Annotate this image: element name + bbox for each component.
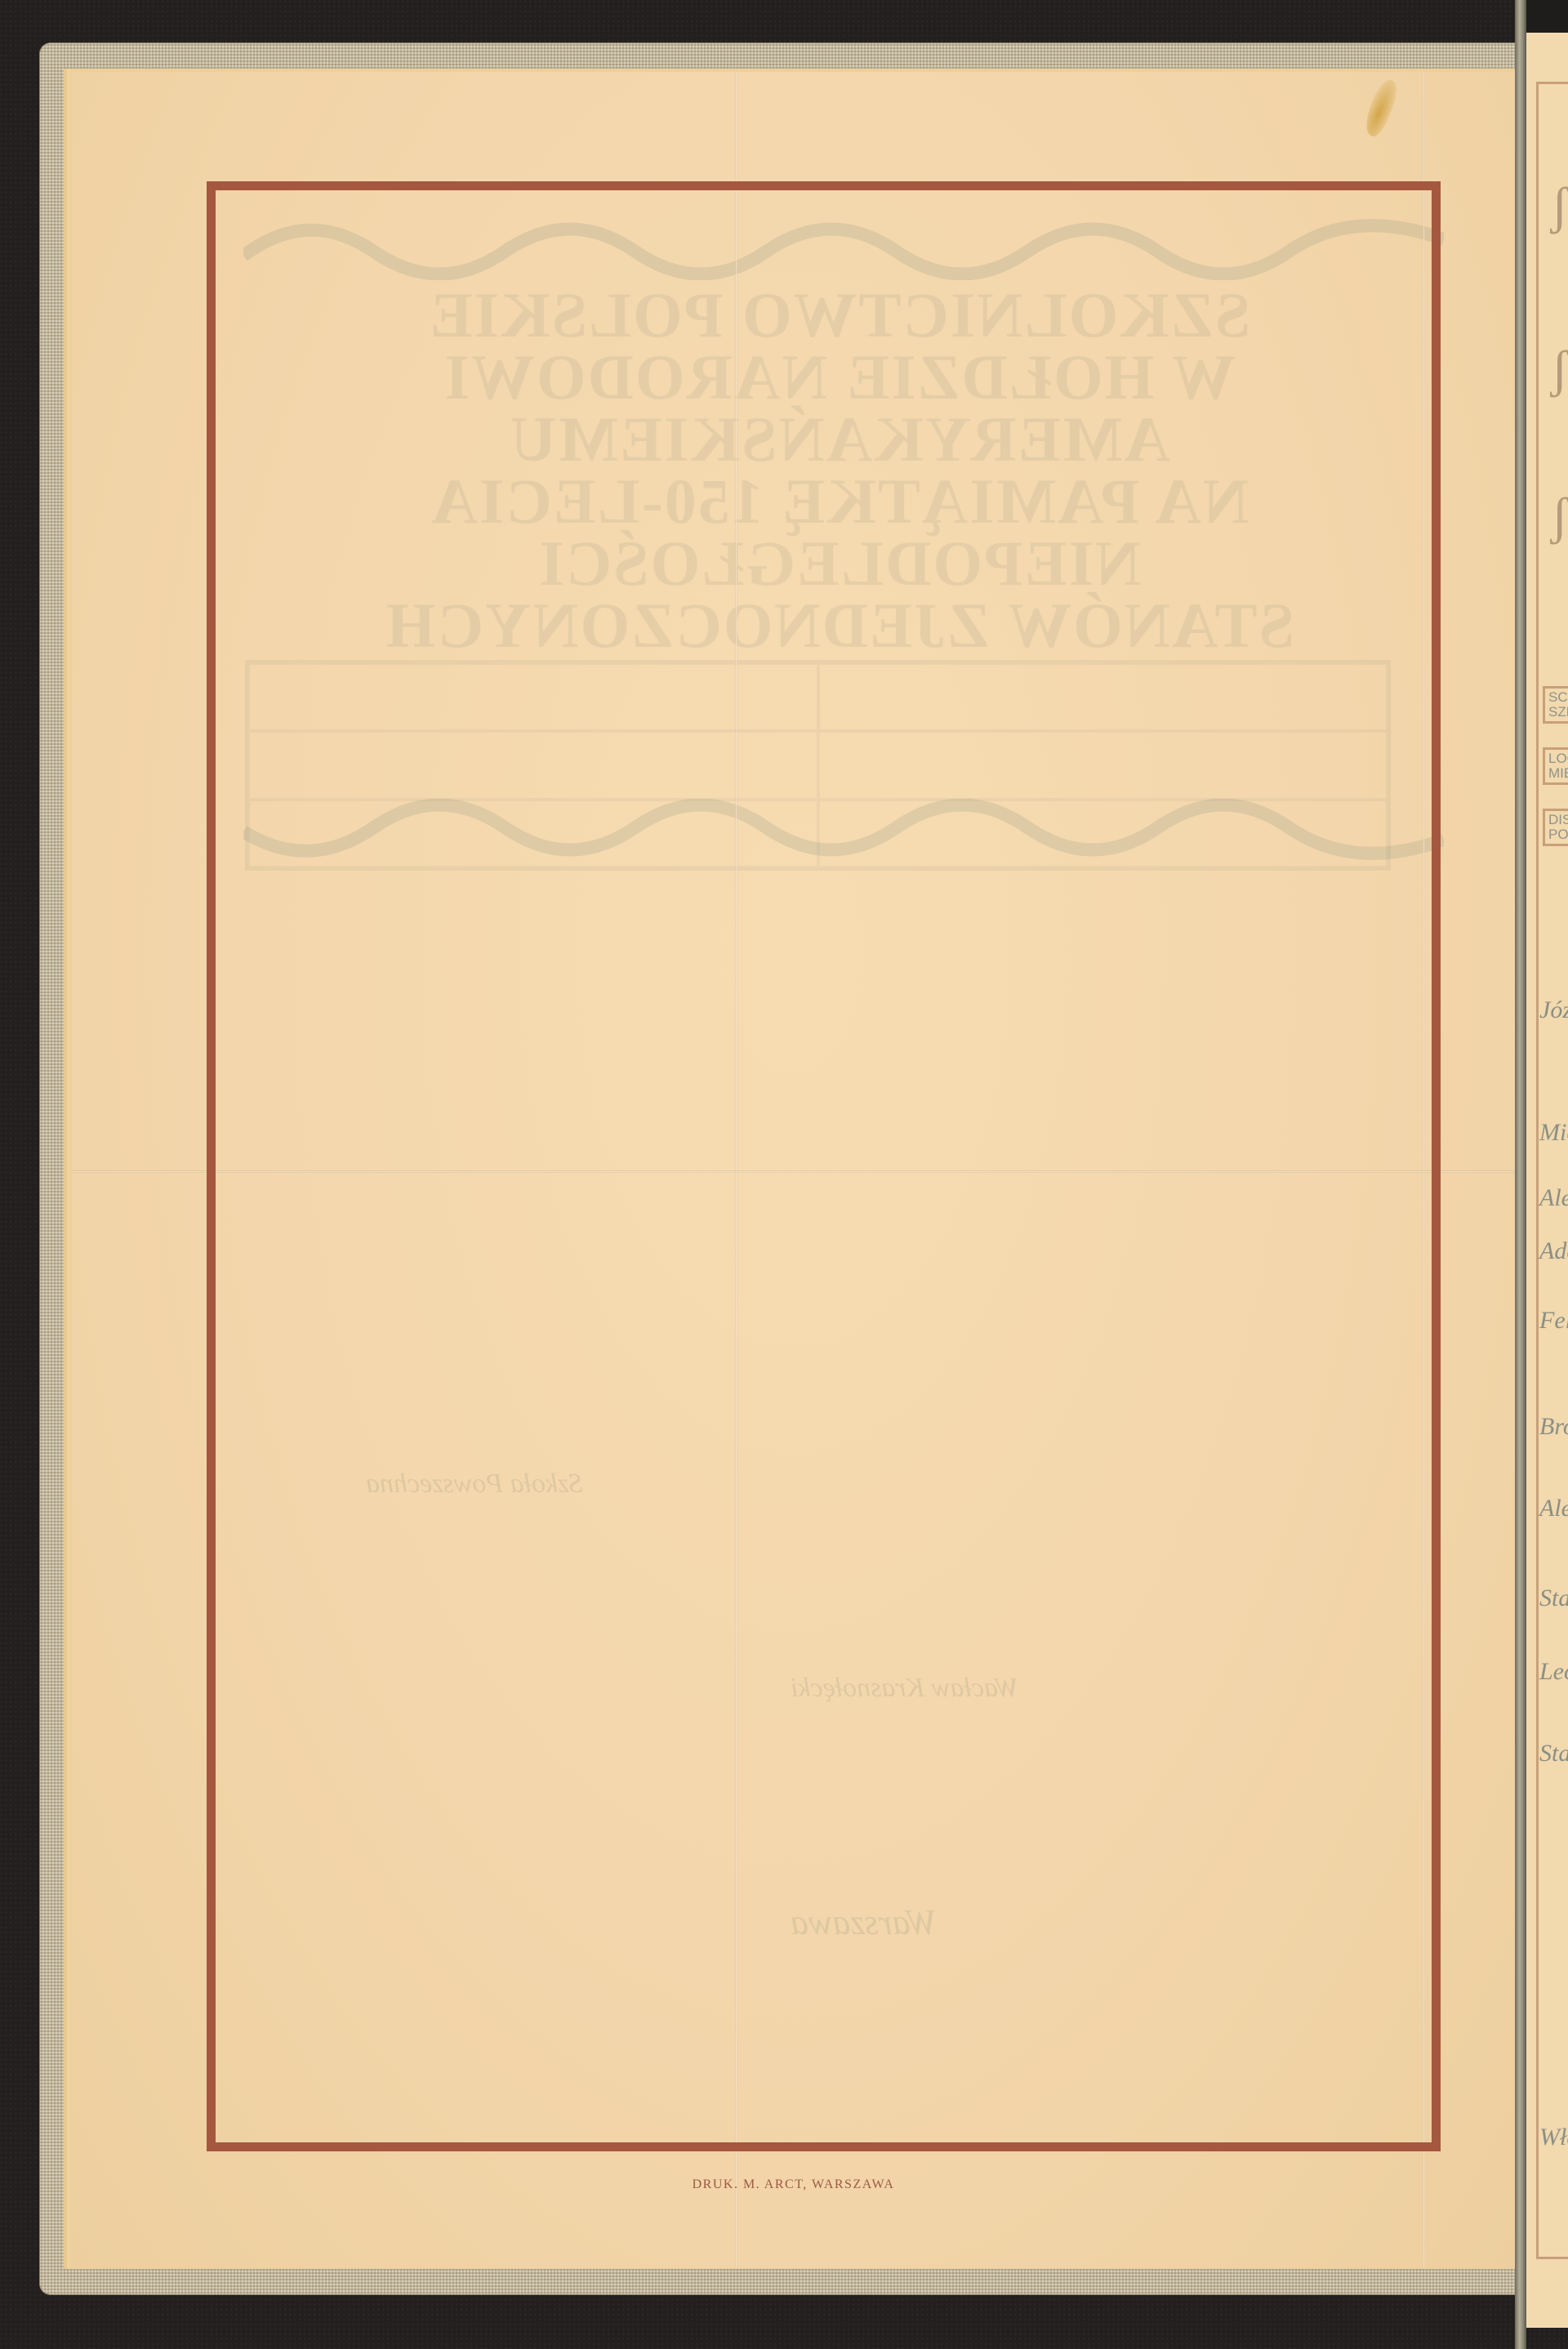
stain-mark <box>1360 77 1401 139</box>
printer-imprint: DRUK. M. ARCT, WARSZAWA <box>72 2177 1515 2192</box>
adjacent-ornament-icon: ʃ <box>1551 490 1568 542</box>
adjacent-handwriting: Bron <box>1539 1413 1568 1441</box>
adjacent-handwriting: Józe <box>1539 996 1568 1024</box>
adjacent-label: SCHO SZKO <box>1543 686 1568 724</box>
adjacent-label: DIST POW <box>1543 809 1568 846</box>
adjacent-handwriting: Stan <box>1539 1740 1568 1767</box>
scan-background-corner <box>1526 0 1568 33</box>
adjacent-handwriting: Sta <box>1539 1585 1568 1612</box>
adjacent-page-strip: ʃ ʃ ʃ SCHO SZKO LOC MIE DIST POW Józe Mi… <box>1526 33 1568 2328</box>
adjacent-handwriting: Fel <box>1539 1307 1568 1335</box>
scan-background: SZKOLNICTWO POLSKIE W HOŁDZIE NARODOWI A… <box>0 0 1568 2349</box>
adjacent-handwriting: Mic <box>1539 1119 1568 1147</box>
adjacent-handwriting: Wła <box>1539 2124 1568 2151</box>
adjacent-label: LOC MIE <box>1543 747 1568 785</box>
book-gutter <box>1515 0 1526 2349</box>
adjacent-handwriting: Aleg <box>1539 1495 1568 1522</box>
adjacent-page-frame <box>1536 82 1568 2259</box>
adjacent-ornament-icon: ʃ <box>1551 180 1568 232</box>
adjacent-ornament-icon: ʃ <box>1551 343 1568 395</box>
paper-page: SZKOLNICTWO POLSKIE W HOŁDZIE NARODOWI A… <box>72 72 1515 2268</box>
adjacent-handwriting: Alek <box>1539 1184 1568 1212</box>
adjacent-handwriting: Leop <box>1539 1658 1568 1686</box>
adjacent-handwriting: Ada <box>1539 1237 1568 1265</box>
decorative-red-frame <box>207 181 1441 2151</box>
